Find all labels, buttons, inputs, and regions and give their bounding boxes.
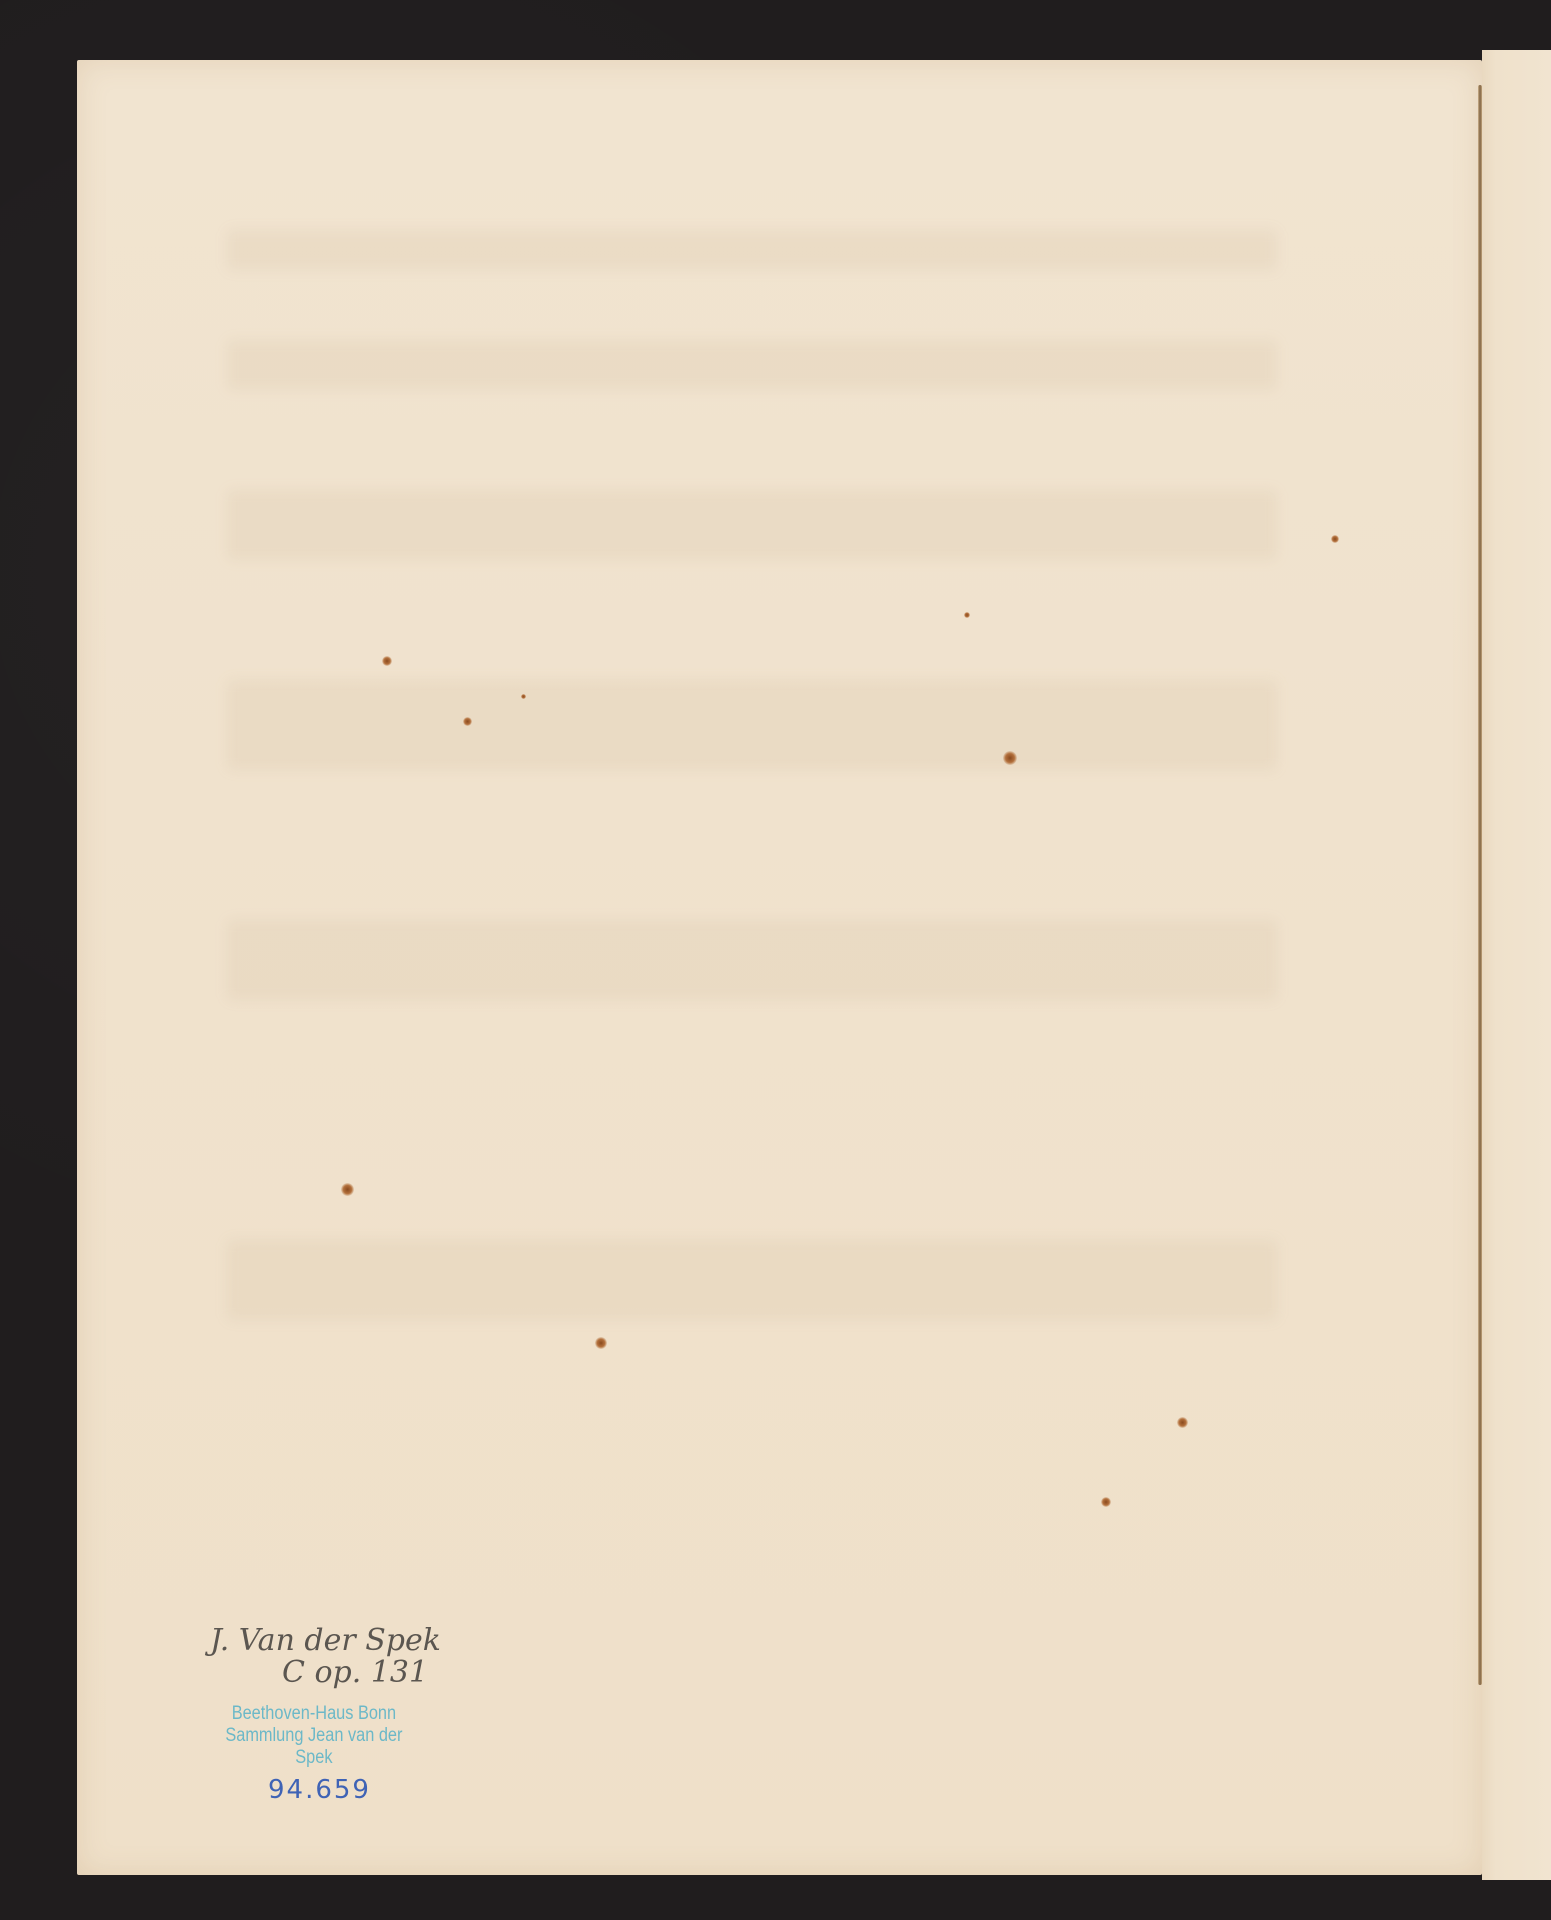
foxing-spot: [1177, 1417, 1188, 1428]
foxing-spot: [595, 1337, 607, 1349]
foxing-spot: [463, 717, 472, 726]
show-through-text: [227, 1240, 1277, 1320]
foxing-spot: [1003, 751, 1017, 765]
stamp-line-2: Sammlung Jean van der Spek: [215, 1725, 413, 1769]
foxing-spot: [1101, 1497, 1111, 1507]
library-stamp: Beethoven-Haus Bonn Sammlung Jean van de…: [215, 1703, 413, 1769]
facing-page-edge: [1482, 50, 1551, 1880]
paper-page: [77, 60, 1482, 1875]
show-through-text: [227, 920, 1277, 1000]
handwritten-owner: J. Van der Spek: [210, 1625, 445, 1657]
show-through-text: [227, 680, 1277, 770]
show-through-text: [227, 490, 1277, 560]
foxing-spot: [341, 1183, 354, 1196]
show-through-text: [227, 230, 1277, 270]
binding-fold: [1478, 85, 1482, 1685]
provenance-annotations: J. Van der Spek C op. 131 Beethoven-Haus…: [210, 1625, 445, 1805]
handwritten-opus: C op. 131: [282, 1657, 445, 1689]
show-through-text: [227, 340, 1277, 390]
foxing-spot: [382, 656, 392, 666]
stamp-line-1: Beethoven-Haus Bonn: [215, 1703, 413, 1725]
foxing-spot: [964, 612, 970, 618]
accession-number: 94.659: [268, 1775, 445, 1805]
foxing-spot: [521, 694, 526, 699]
foxing-spot: [1331, 535, 1339, 543]
